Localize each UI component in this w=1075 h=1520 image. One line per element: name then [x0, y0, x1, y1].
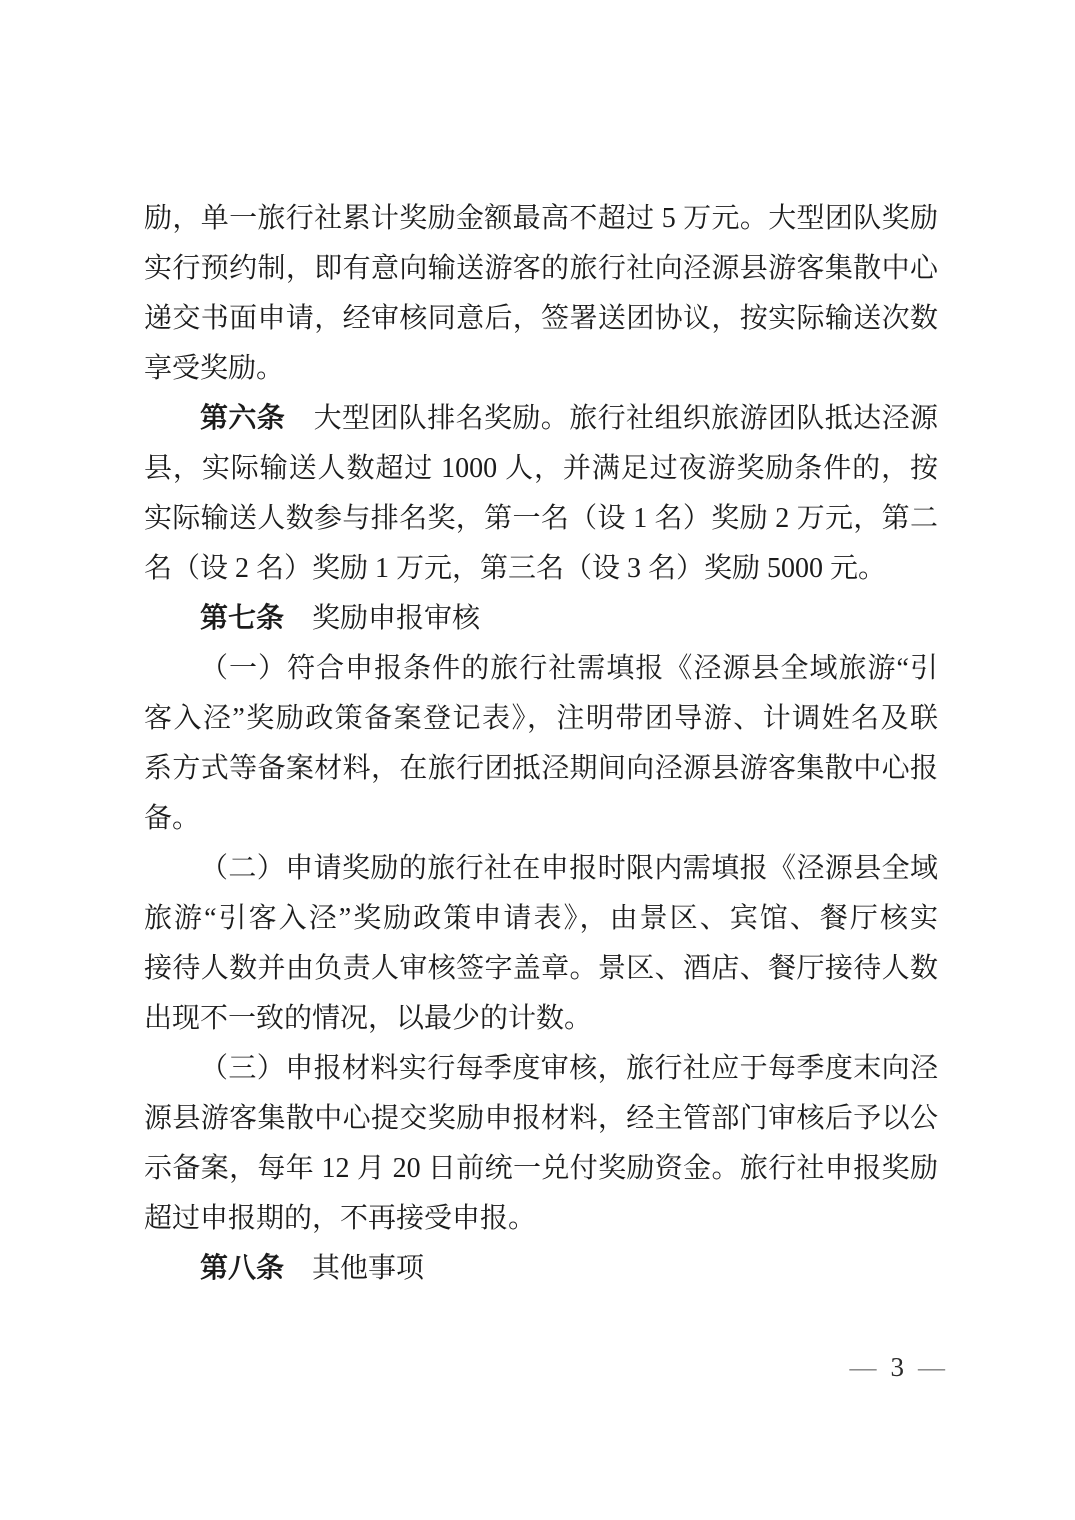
text-line: 县，实际输送人数超过 1000 人，并满足过夜游奖励条件的，按	[144, 444, 938, 494]
text-run: 递交书面申请，经审核同意后，签署送团协议，按实际输送次数	[144, 303, 938, 334]
footer-page-number: 3	[891, 1352, 905, 1382]
article-heading: 第六条	[200, 403, 285, 434]
text-line: 示备案，每年 12 月 20 日前统一兑付奖励资金。旅行社申报奖励	[144, 1144, 938, 1194]
text-line: 第八条 其他事项	[144, 1244, 938, 1294]
text-run: 备。	[144, 803, 200, 834]
text-line: 客入泾”奖励政策备案登记表》，注明带团导游、计调姓名及联	[144, 694, 938, 744]
text-line: 旅游“引客入泾”奖励政策申请表》，由景区、宾馆、餐厅核实	[144, 894, 938, 944]
text-line: 源县游客集散中心提交奖励申报材料，经主管部门审核后予以公	[144, 1094, 938, 1144]
text-line: 名（设 2 名）奖励 1 万元，第三名（设 3 名）奖励 5000 元。	[144, 544, 938, 594]
text-line: 递交书面申请，经审核同意后，签署送团协议，按实际输送次数	[144, 294, 938, 344]
paragraph-article-8: 第八条 其他事项	[144, 1244, 938, 1294]
paragraph-item-2: （二）申请奖励的旅行社在申报时限内需填报《泾源县全域旅游“引客入泾”奖励政策申请…	[144, 844, 938, 1044]
paragraph-item-3: （三）申报材料实行每季度审核，旅行社应于每季度末向泾源县游客集散中心提交奖励申报…	[144, 1044, 938, 1244]
text-run: 县，实际输送人数超过 1000 人，并满足过夜游奖励条件的，按	[144, 453, 938, 484]
text-run: 奖励申报审核	[284, 603, 480, 634]
text-line: 超过申报期的，不再接受申报。	[144, 1194, 938, 1244]
paragraph-article-6: 第六条 大型团队排名奖励。旅行社组织旅游团队抵达泾源县，实际输送人数超过 100…	[144, 394, 938, 594]
text-run: 出现不一致的情况，以最少的计数。	[144, 1003, 592, 1034]
footer-dash-right: —	[918, 1352, 945, 1382]
text-line: 第七条 奖励申报审核	[144, 594, 938, 644]
text-run: 其他事项	[284, 1253, 424, 1284]
text-run: 超过申报期的，不再接受申报。	[144, 1203, 536, 1234]
document-page: 励，单一旅行社累计奖励金额最高不超过 5 万元。大型团队奖励实行预约制，即有意向…	[0, 0, 1075, 1520]
paragraph-item-1: （一）符合申报条件的旅行社需填报《泾源县全域旅游“引客入泾”奖励政策备案登记表》…	[144, 644, 938, 844]
article-heading: 第七条	[200, 603, 284, 634]
footer-dash-left: —	[850, 1352, 877, 1382]
text-run: （二）申请奖励的旅行社在申报时限内需填报《泾源县全域	[200, 853, 938, 884]
article-heading: 第八条	[200, 1253, 284, 1284]
text-run: （三）申报材料实行每季度审核，旅行社应于每季度末向泾	[200, 1053, 938, 1084]
text-line: （二）申请奖励的旅行社在申报时限内需填报《泾源县全域	[144, 844, 938, 894]
text-run: 大型团队排名奖励。旅行社组织旅游团队抵达泾源	[285, 403, 938, 434]
text-line: 接待人数并由负责人审核签字盖章。景区、酒店、餐厅接待人数	[144, 944, 938, 994]
text-run: 旅游“引客入泾”奖励政策申请表》，由景区、宾馆、餐厅核实	[144, 903, 938, 934]
paragraph-article-7: 第七条 奖励申报审核	[144, 594, 938, 644]
text-line: （三）申报材料实行每季度审核，旅行社应于每季度末向泾	[144, 1044, 938, 1094]
text-run: 享受奖励。	[144, 353, 284, 384]
text-line: 实行预约制，即有意向输送游客的旅行社向泾源县游客集散中心	[144, 244, 938, 294]
text-run: 名（设 2 名）奖励 1 万元，第三名（设 3 名）奖励 5000 元。	[144, 553, 886, 584]
text-line: 励，单一旅行社累计奖励金额最高不超过 5 万元。大型团队奖励	[144, 194, 938, 244]
text-run: 接待人数并由负责人审核签字盖章。景区、酒店、餐厅接待人数	[144, 953, 938, 984]
text-line: 备。	[144, 794, 938, 844]
text-run: 示备案，每年 12 月 20 日前统一兑付奖励资金。旅行社申报奖励	[144, 1153, 938, 1184]
text-run: 客入泾”奖励政策备案登记表》，注明带团导游、计调姓名及联	[144, 703, 938, 734]
text-run: 实际输送人数参与排名奖，第一名（设 1 名）奖励 2 万元，第二	[144, 503, 938, 534]
text-line: 实际输送人数参与排名奖，第一名（设 1 名）奖励 2 万元，第二	[144, 494, 938, 544]
text-run: 源县游客集散中心提交奖励申报材料，经主管部门审核后予以公	[144, 1103, 938, 1134]
text-line: 系方式等备案材料，在旅行团抵泾期间向泾源县游客集散中心报	[144, 744, 938, 794]
text-run: 系方式等备案材料，在旅行团抵泾期间向泾源县游客集散中心报	[144, 753, 938, 784]
paragraph-continuation-large-team-reward: 励，单一旅行社累计奖励金额最高不超过 5 万元。大型团队奖励实行预约制，即有意向…	[144, 194, 938, 394]
text-run: （一）符合申报条件的旅行社需填报《泾源县全域旅游“引	[200, 653, 938, 684]
text-line: 第六条 大型团队排名奖励。旅行社组织旅游团队抵达泾源	[144, 394, 938, 444]
text-run: 实行预约制，即有意向输送游客的旅行社向泾源县游客集散中心	[144, 253, 938, 284]
text-line: 出现不一致的情况，以最少的计数。	[144, 994, 938, 1044]
text-run: 励，单一旅行社累计奖励金额最高不超过 5 万元。大型团队奖励	[144, 203, 938, 234]
text-line: 享受奖励。	[144, 344, 938, 394]
page-number: —3—	[850, 1352, 946, 1383]
text-line: （一）符合申报条件的旅行社需填报《泾源县全域旅游“引	[144, 644, 938, 694]
text-block: 励，单一旅行社累计奖励金额最高不超过 5 万元。大型团队奖励实行预约制，即有意向…	[144, 194, 938, 1294]
